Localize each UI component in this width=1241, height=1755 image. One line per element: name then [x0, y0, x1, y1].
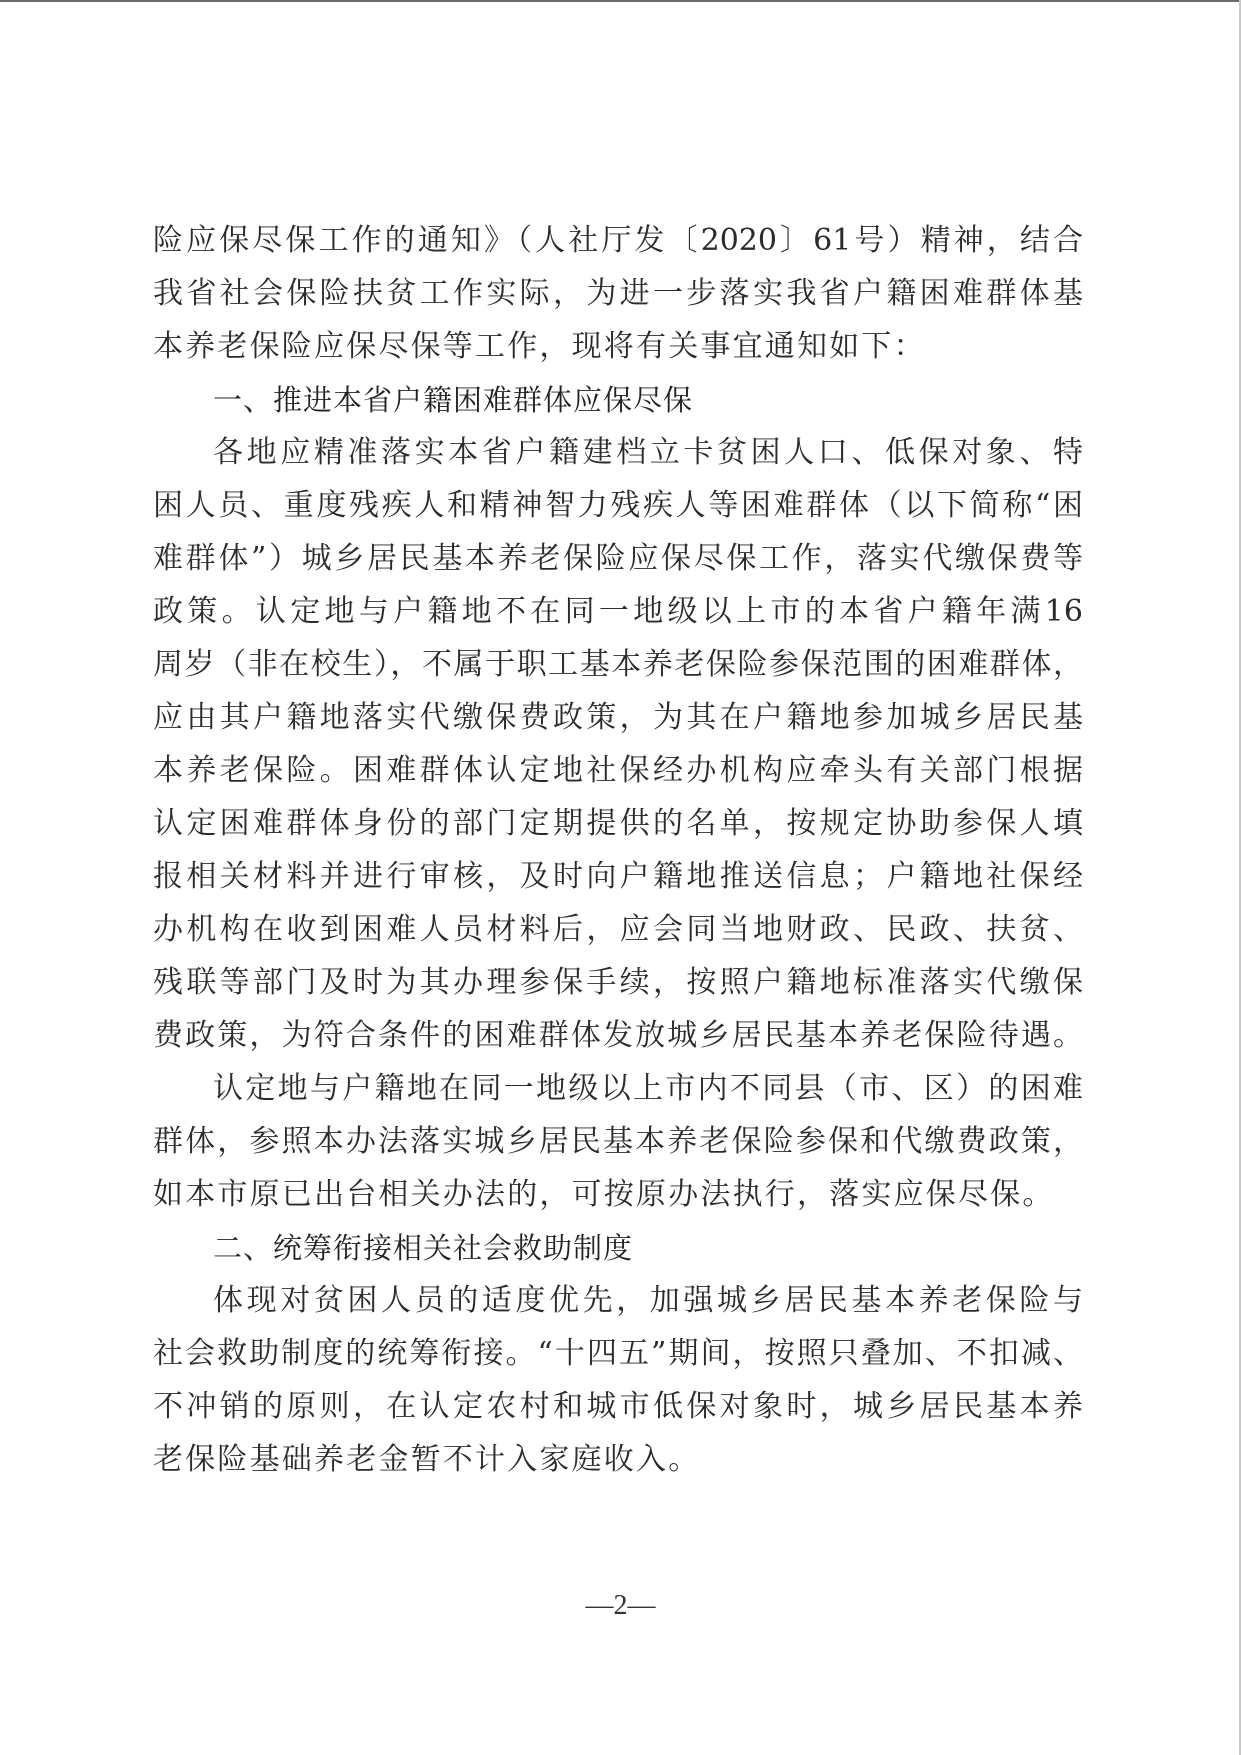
document-page: 险应保尽保工作的通知》（人社厅发〔2020〕61号）精神，结合 我省社会保险扶贫… [153, 0, 1083, 1755]
body-line: 政策。认定地与户籍地不在同一地级以上市的本省户籍年满16 [153, 592, 1083, 632]
body-line: 我省社会保险扶贫工作实际，为进一步落实我省户籍困难群体基 [153, 274, 1083, 314]
body-line: 群体，参照本办法落实城乡居民基本养老保险参保和代缴费政策， [153, 1122, 1083, 1162]
paragraph-start-line: 各地应精准落实本省户籍建档立卡贫困人口、低保对象、特 [213, 433, 1083, 473]
section-heading-1: 一、推进本省户籍困难群体应保尽保 [213, 380, 693, 420]
body-line: 报相关材料并进行审核，及时向户籍地推送信息；户籍地社保经 [153, 857, 1083, 897]
body-line: 办机构在收到困难人员材料后，应会同当地财政、民政、扶贫、 [153, 910, 1083, 950]
paragraph-start-line: 体现对贫困人员的适度优先，加强城乡居民基本养老保险与 [213, 1281, 1083, 1321]
body-line: 本养老保险应保尽保等工作，现将有关事宜通知如下： [153, 327, 926, 367]
body-line: 困人员、重度残疾人和精神智力残疾人等困难群体（以下简称“困 [153, 486, 1083, 526]
body-line: 周岁（非在校生），不属于职工基本养老保险参保范围的困难群体， [153, 645, 1083, 685]
body-line: 社会救助制度的统筹衔接。“十四五”期间，按照只叠加、不扣减、 [153, 1334, 1083, 1374]
body-line: 残联等部门及时为其办理参保手续，按照户籍地标准落实代缴保 [153, 963, 1083, 1003]
body-line: 如本市原已出台相关办法的，可按原办法执行，落实应保尽保。 [153, 1175, 1055, 1215]
paragraph-start-line: 认定地与户籍地在同一地级以上市内不同县（市、区）的困难 [213, 1069, 1083, 1109]
page-number: —2— [0, 1590, 1241, 1622]
section-heading-2: 二、统筹衔接相关社会救助制度 [213, 1228, 633, 1268]
body-line: 本养老保险。困难群体认定地社保经办机构应牵头有关部门根据 [153, 751, 1083, 791]
body-line: 应由其户籍地落实代缴保费政策，为其在户籍地参加城乡居民基 [153, 698, 1083, 738]
body-line: 不冲销的原则，在认定农村和城市低保对象时，城乡居民基本养 [153, 1387, 1083, 1427]
body-line: 费政策，为符合条件的困难群体发放城乡居民基本养老保险待遇。 [153, 1016, 1083, 1056]
body-line: 难群体”）城乡居民基本养老保险应保尽保工作，落实代缴保费等 [153, 539, 1083, 579]
body-line: 老保险基础养老金暂不计入家庭收入。 [153, 1440, 700, 1480]
body-line: 险应保尽保工作的通知》（人社厅发〔2020〕61号）精神，结合 [153, 221, 1083, 261]
body-line: 认定困难群体身份的部门定期提供的名单，按规定协助参保人填 [153, 804, 1083, 844]
